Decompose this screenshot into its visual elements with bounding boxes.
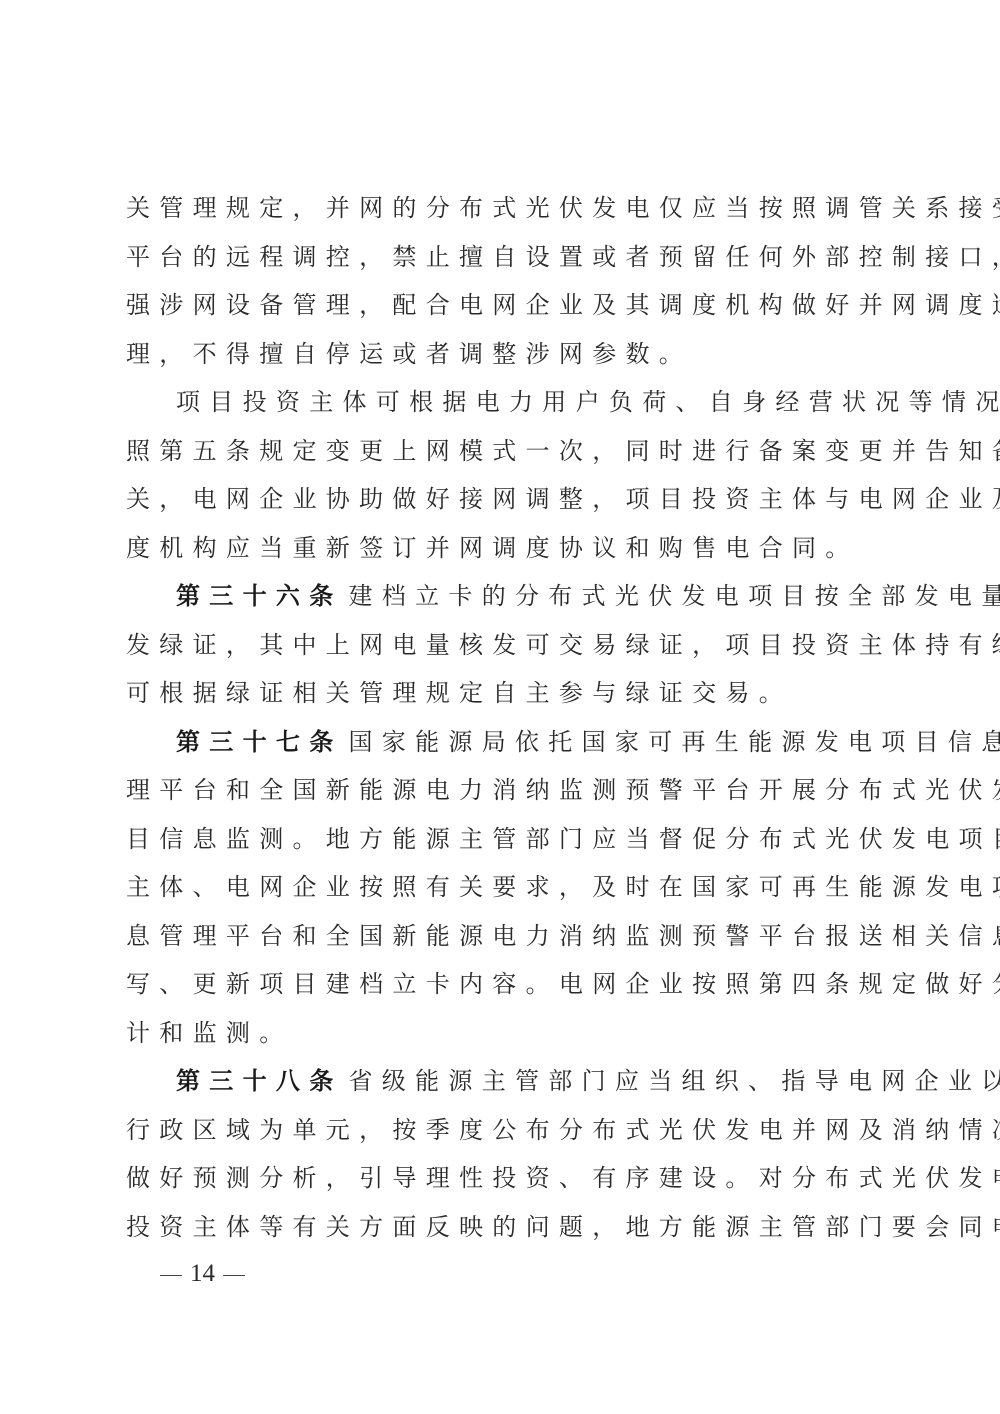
article-36: 第三十六条建档立卡的分布式光伏发电项目按全部发电量核 发绿证，其中上网电量核发可…	[126, 572, 870, 718]
text-line: 关，电网企业协助做好接网调整，项目投资主体与电网企业及其调	[126, 475, 870, 524]
text-line: 第三十八条省级能源主管部门应当组织、指导电网企业以县级	[126, 1057, 870, 1106]
article-text: 省级能源主管部门应当组织、指导电网企业以县级	[349, 1067, 1000, 1095]
article-text: 建档立卡的分布式光伏发电项目按全部发电量核	[349, 582, 1000, 610]
article-number: 第三十六条	[176, 581, 343, 610]
text-line: 主体、电网企业按照有关要求，及时在国家可再生能源发电项目信	[126, 863, 870, 912]
text-line: 发绿证，其中上网电量核发可交易绿证，项目投资主体持有绿证后	[126, 621, 870, 670]
text-line: 理平台和全国新能源电力消纳监测预警平台开展分布式光伏发电项	[126, 766, 870, 815]
text-line: 度机构应当重新签订并网调度协议和购售电合同。	[126, 524, 870, 573]
text-line: 可根据绿证相关管理规定自主参与绿证交易。	[126, 669, 870, 718]
text-line: 第三十六条建档立卡的分布式光伏发电项目按全部发电量核	[126, 572, 870, 621]
page-number: 14	[152, 1260, 253, 1288]
text-line: 照第五条规定变更上网模式一次，同时进行备案变更并告知备案机	[126, 427, 870, 476]
paragraph-continuation: 关管理规定，并网的分布式光伏发电仅应当按照调管关系接受相应 平台的远程调控，禁止…	[126, 184, 870, 378]
text-line: 平台的远程调控，禁止擅自设置或者预留任何外部控制接口，并加	[126, 233, 870, 282]
document-page: 关管理规定，并网的分布式光伏发电仅应当按照调管关系接受相应 平台的远程调控，禁止…	[0, 0, 1000, 1414]
text-line: 写、更新项目建档立卡内容。电网企业按照第四条规定做好分类统	[126, 960, 870, 1009]
text-line: 投资主体等有关方面反映的问题，地方能源主管部门要会同电网企	[126, 1203, 870, 1252]
page-number-value: 14	[190, 1260, 215, 1287]
article-37: 第三十七条国家能源局依托国家可再生能源发电项目信息管 理平台和全国新能源电力消纳…	[126, 718, 870, 1058]
dash-right-decoration	[223, 1275, 245, 1277]
text-line: 强涉网设备管理，配合电网企业及其调度机构做好并网调度运行管	[126, 281, 870, 330]
dash-left-decoration	[160, 1275, 182, 1277]
article-number: 第三十七条	[176, 727, 343, 756]
document-body: 关管理规定，并网的分布式光伏发电仅应当按照调管关系接受相应 平台的远程调控，禁止…	[126, 184, 870, 1251]
text-line: 行政区域为单元，按季度公布分布式光伏发电并网及消纳情况，并	[126, 1106, 870, 1155]
text-line: 目信息监测。地方能源主管部门应当督促分布式光伏发电项目投资	[126, 815, 870, 864]
text-line: 做好预测分析，引导理性投资、有序建设。对分布式光伏发电项目	[126, 1154, 870, 1203]
article-number: 第三十八条	[176, 1066, 343, 1095]
paragraph-change-mode: 项目投资主体可根据电力用户负荷、自身经营状况等情况，按 照第五条规定变更上网模式…	[126, 378, 870, 572]
text-line: 第三十七条国家能源局依托国家可再生能源发电项目信息管	[126, 718, 870, 767]
article-text: 国家能源局依托国家可再生能源发电项目信息管	[349, 728, 1000, 756]
text-line: 项目投资主体可根据电力用户负荷、自身经营状况等情况，按	[126, 378, 870, 427]
text-line: 计和监测。	[126, 1009, 870, 1058]
text-line: 息管理平台和全国新能源电力消纳监测预警平台报送相关信息，填	[126, 912, 870, 961]
text-line: 关管理规定，并网的分布式光伏发电仅应当按照调管关系接受相应	[126, 184, 870, 233]
text-line: 理，不得擅自停运或者调整涉网参数。	[126, 330, 870, 379]
article-38: 第三十八条省级能源主管部门应当组织、指导电网企业以县级 行政区域为单元，按季度公…	[126, 1057, 870, 1251]
